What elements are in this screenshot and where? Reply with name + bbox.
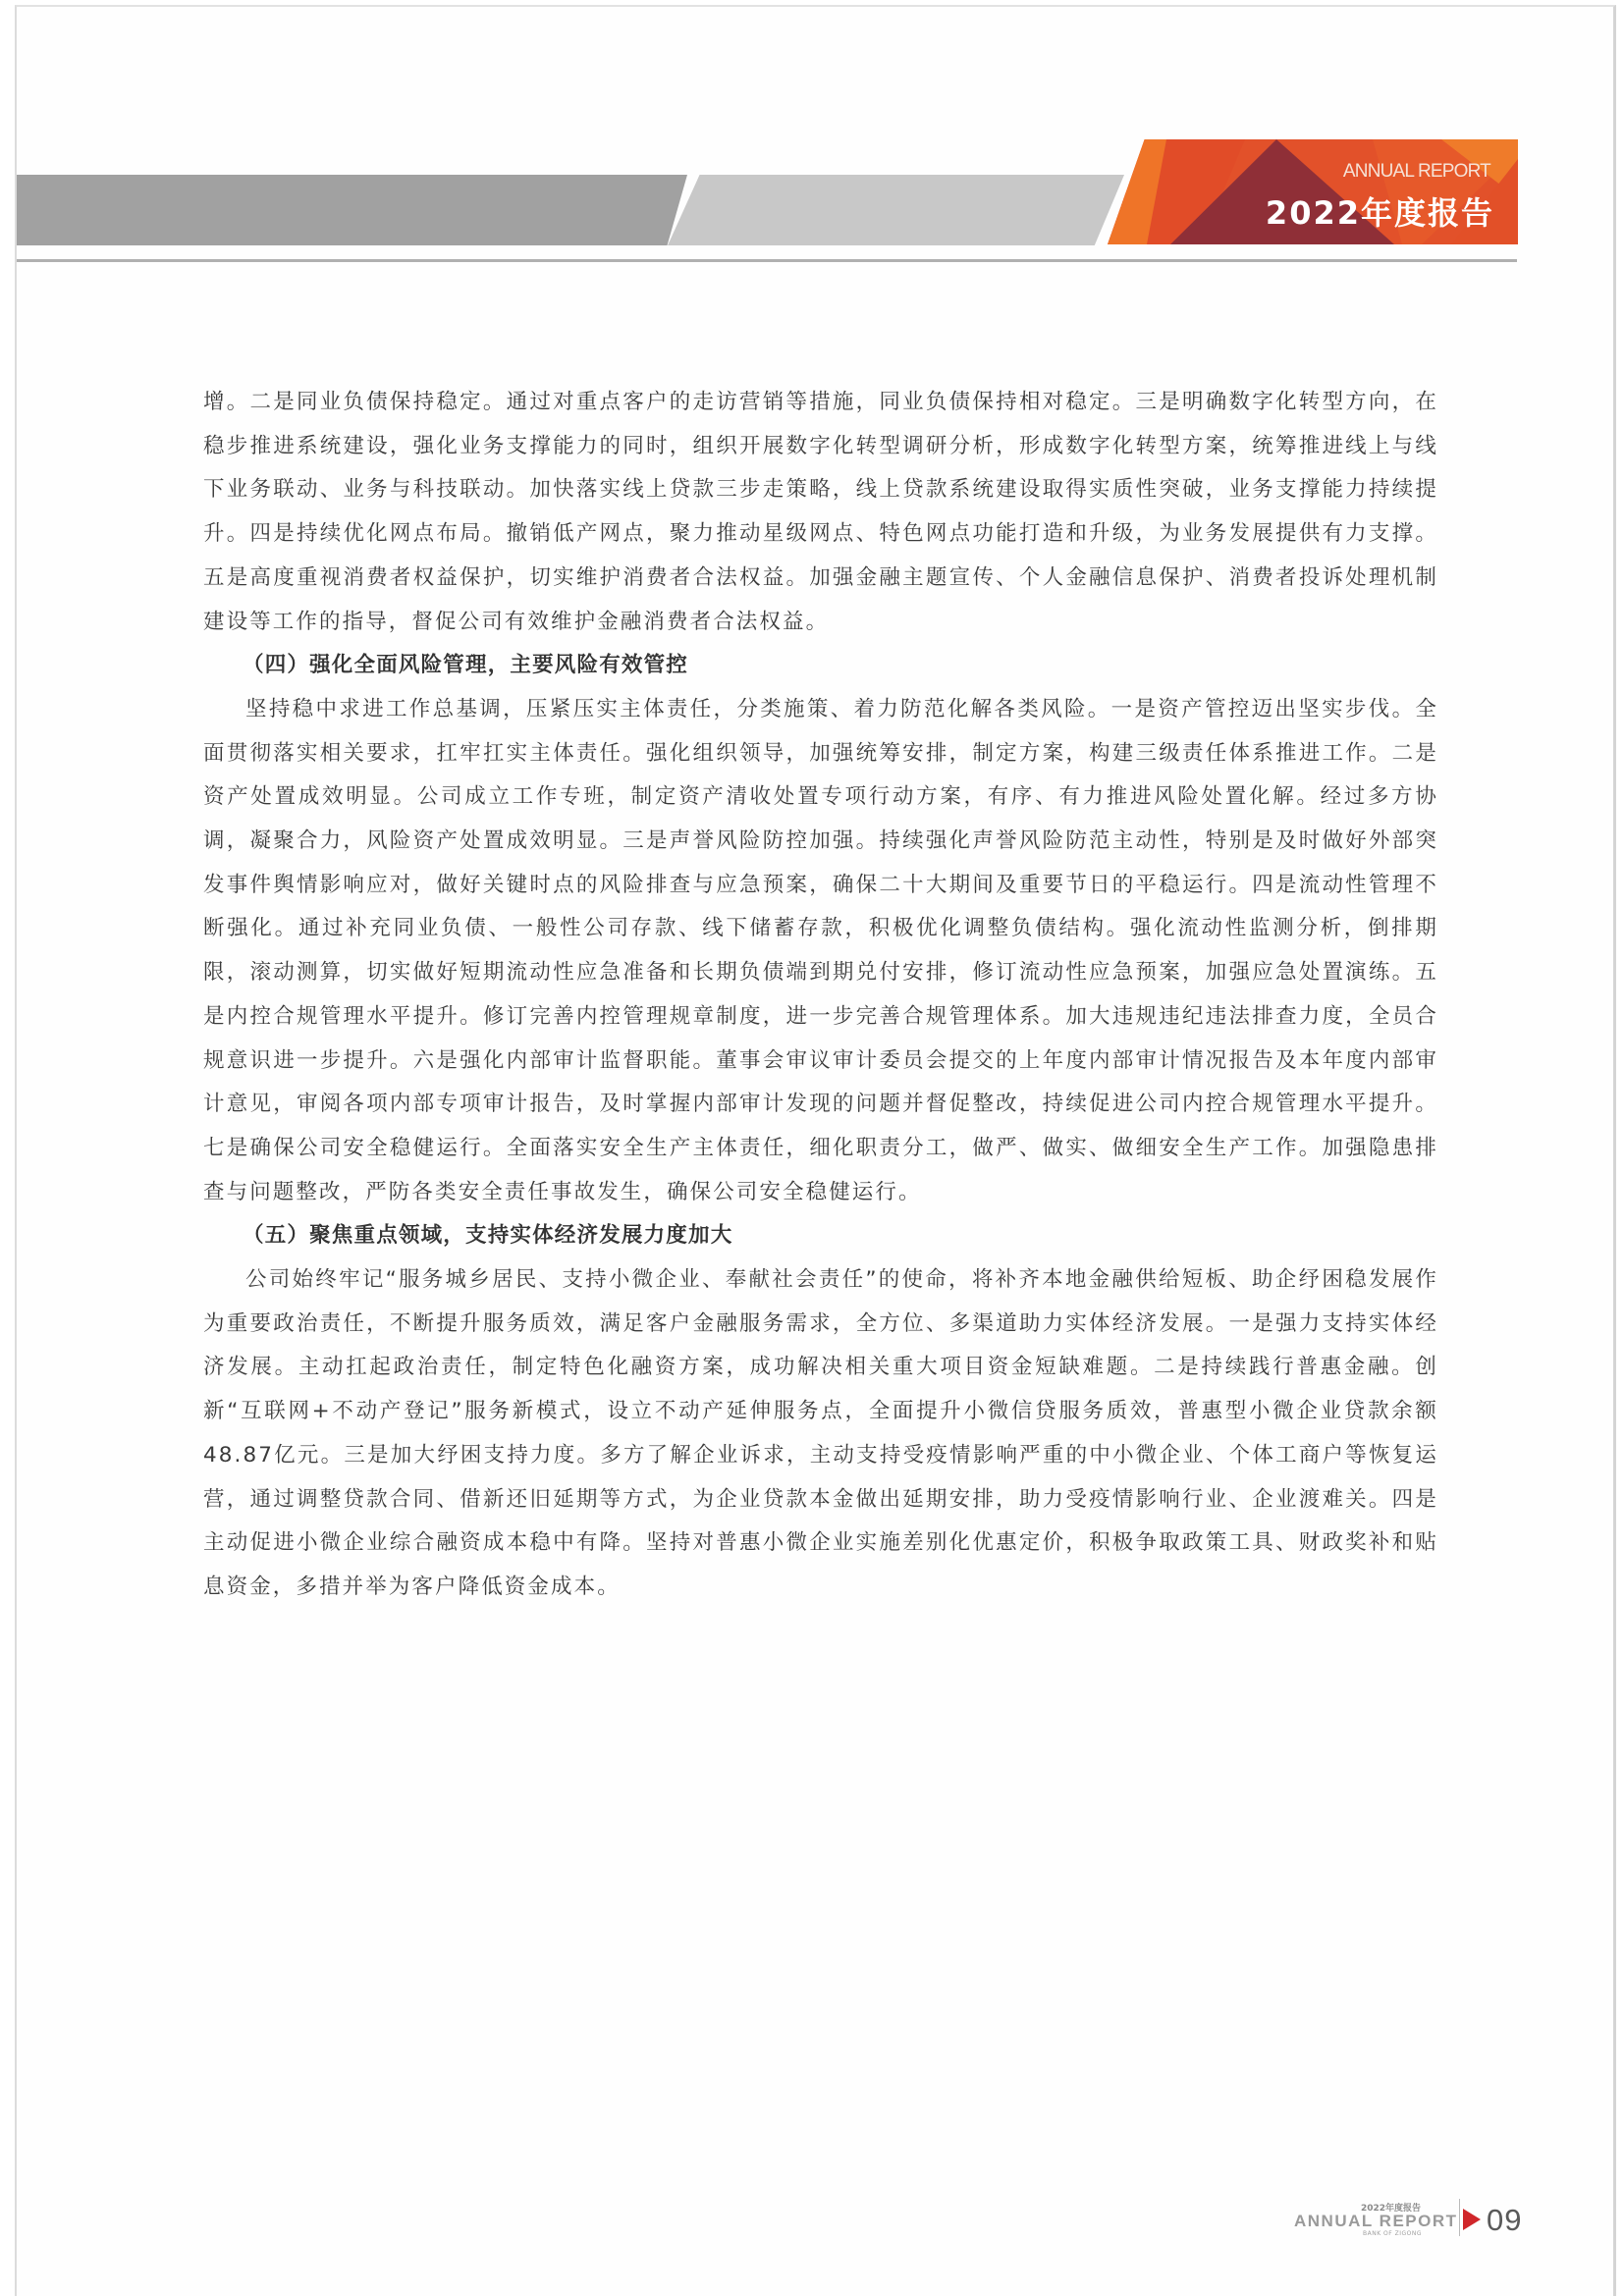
page-number: 09	[1487, 2203, 1522, 2238]
section-heading-4: （四）强化全面风险管理，主要风险有效管控	[203, 644, 1438, 688]
paragraph-intro: 增。二是同业负债保持稳定。通过对重点客户的走访营销等措施，同业负债保持相对稳定。…	[203, 381, 1438, 644]
paragraph-section-4: 坚持稳中求进工作总基调，压紧压实主体责任，分类施策、着力防范化解各类风险。一是资…	[203, 688, 1438, 1214]
section-heading-5: （五）聚焦重点领域，支持实体经济发展力度加大	[203, 1214, 1438, 1258]
header-band-dark	[17, 175, 687, 245]
footer-bank-name: BANK OF ZIGONG	[1363, 2230, 1422, 2237]
footer-report-en: ANNUAL REPORT	[1294, 2212, 1458, 2231]
header-band-light	[668, 175, 1124, 245]
brand-english-title: ANNUAL REPORT	[1343, 161, 1490, 183]
play-triangle-icon	[1463, 2209, 1481, 2230]
footer-divider	[1459, 2199, 1460, 2236]
paragraph-section-5: 公司始终牢记“服务城乡居民、支持小微企业、奉献社会责任”的使命，将补齐本地金融供…	[203, 1258, 1438, 1610]
header-brand-banner: ANNUAL REPORT 2022年度报告	[1108, 139, 1518, 244]
header-divider	[17, 259, 1517, 262]
brand-chinese-title: 2022年度报告	[1266, 188, 1494, 234]
document-body: 增。二是同业负债保持稳定。通过对重点客户的走访营销等措施，同业负债保持相对稳定。…	[203, 381, 1438, 1610]
